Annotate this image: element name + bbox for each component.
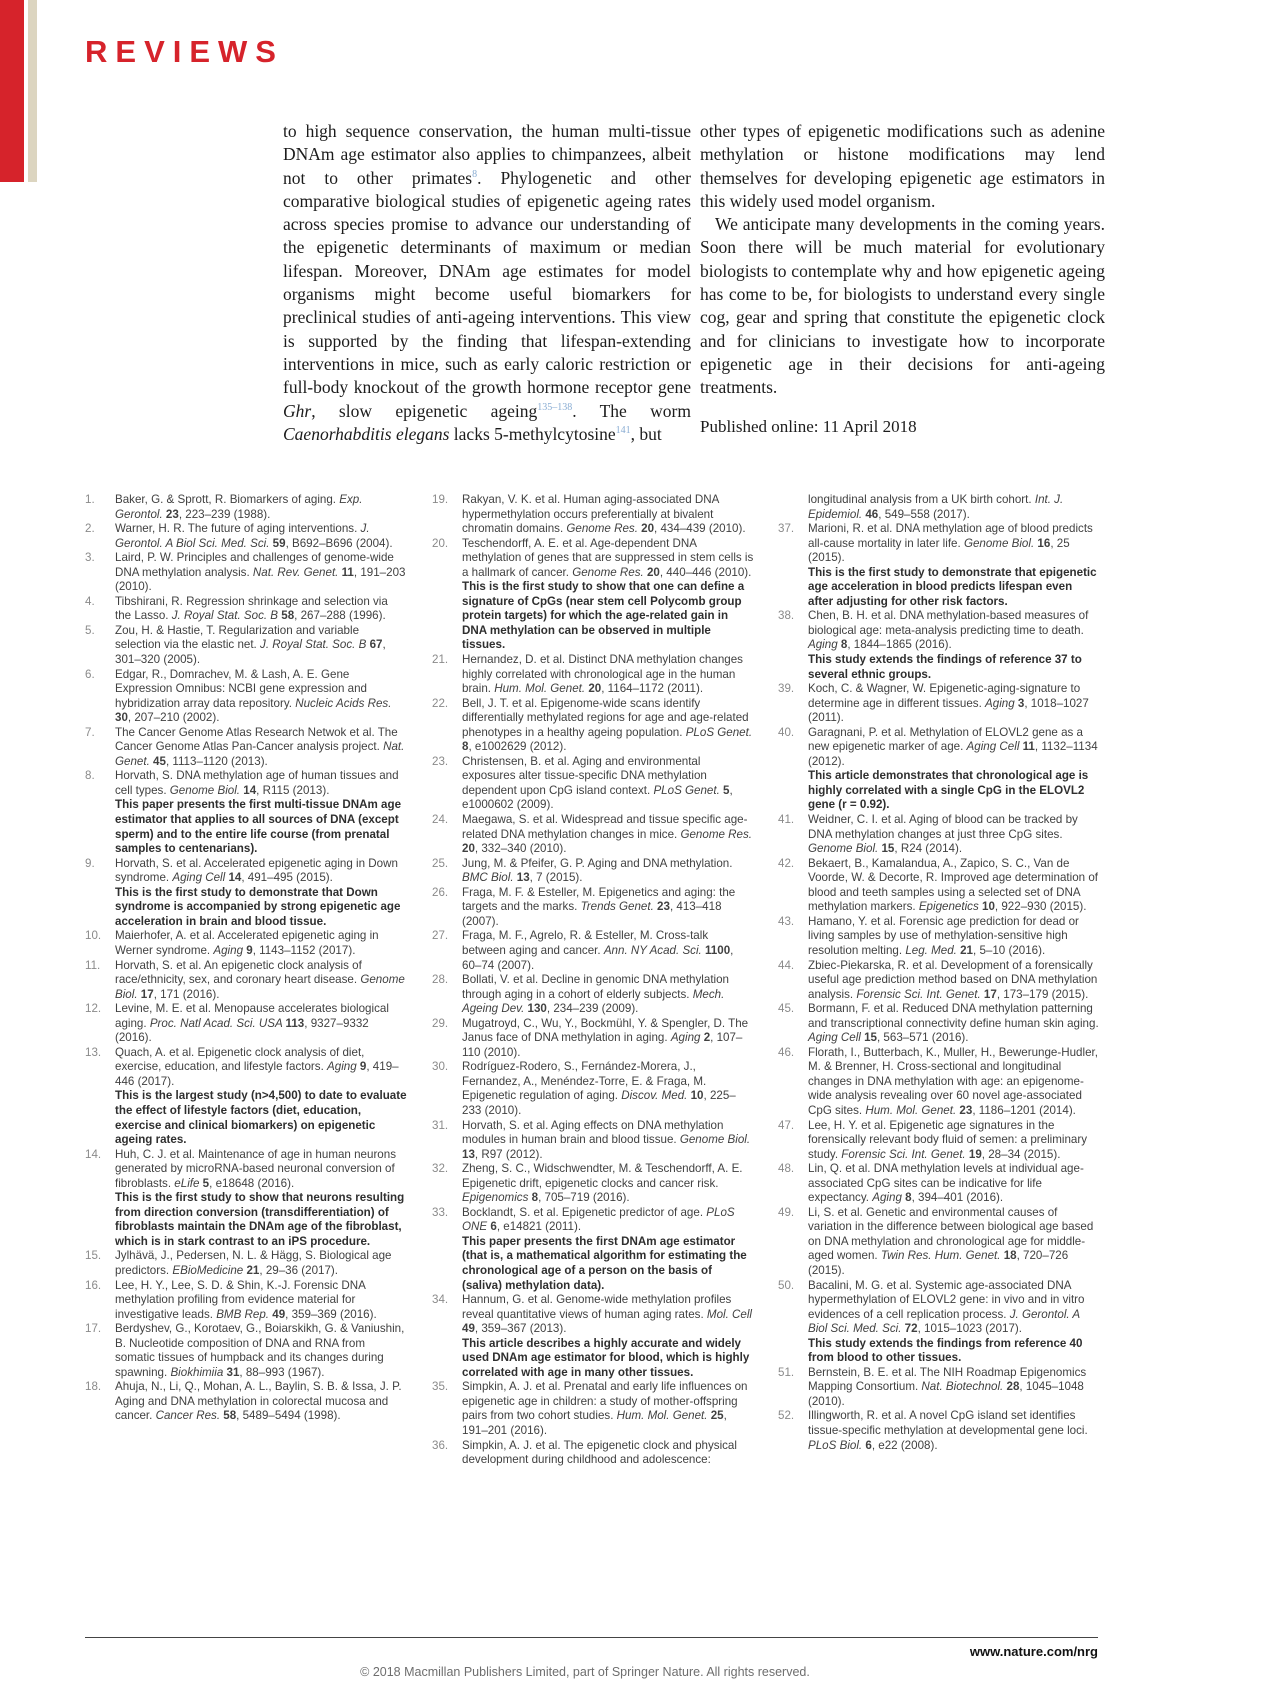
text-segment: , 1113–1120 (2013). (166, 755, 268, 768)
reference-citation: Chen, B. H. et al. DNA methylation-based… (808, 609, 1088, 651)
copyright-notice: © 2018 Macmillan Publishers Limited, par… (0, 1665, 1170, 1679)
text-segment: Aging (671, 1031, 704, 1044)
reference-citation: Lee, H. Y. et al. Epigenetic age signatu… (808, 1119, 1087, 1161)
text-segment: 14 (243, 784, 256, 797)
reference-item: 15.Jylhävä, J., Pedersen, N. L. & Hägg, … (85, 1249, 407, 1278)
text-segment: Hum. Mol. Genet. (494, 682, 588, 695)
reference-citation: Rodríguez-Rodero, S., Fernández-Morera, … (462, 1060, 736, 1117)
reference-number: 20. (432, 537, 448, 552)
reference-item: 18.Ahuja, N., Li, Q., Mohan, A. L., Bayl… (85, 1380, 407, 1424)
text-segment: Genome Biol. (964, 537, 1037, 550)
reference-item: 1.Baker, G. & Sprott, R. Biomarkers of a… (85, 493, 407, 522)
text-segment: , 88–993 (1967). (239, 1366, 324, 1379)
text-segment: Biokhimiia (170, 1366, 226, 1379)
reference-number: 43. (778, 915, 794, 930)
text-segment: Leg. Med. (905, 944, 960, 957)
reference-number: 32. (432, 1162, 448, 1177)
reference-citation: Bernstein, B. E. et al. The NIH Roadmap … (808, 1366, 1086, 1408)
text-segment: , 173–179 (2015). (997, 988, 1089, 1001)
text-segment: 13 (517, 871, 530, 884)
text-segment: Genome Biol. (808, 842, 881, 855)
text-segment: other types of epigenetic modifications … (700, 121, 1105, 211)
reference-citation: Bollati, V. et al. Decline in genomic DN… (462, 973, 729, 1015)
reference-annotation: This article describes a highly accurate… (462, 1337, 754, 1381)
text-segment: , B692–B696 (2004). (286, 537, 393, 550)
reference-item: 30.Rodríguez-Rodero, S., Fernández-Morer… (432, 1060, 754, 1118)
reference-number: 41. (778, 813, 794, 828)
text-segment: 20 (647, 566, 660, 579)
text-segment: , R24 (2014). (894, 842, 962, 855)
reference-number: 51. (778, 1366, 794, 1381)
reference-item: 48.Lin, Q. et al. DNA methylation levels… (778, 1162, 1100, 1206)
text-segment: 16 (1037, 537, 1050, 550)
text-segment: 17 (984, 988, 997, 1001)
reference-number: 40. (778, 726, 794, 741)
reference-item: 42.Bekaert, B., Kamalandua, A., Zapico, … (778, 857, 1100, 915)
reference-number: 6. (85, 668, 95, 683)
text-segment: Baker, G. & Sprott, R. Biomarkers of agi… (115, 493, 339, 506)
text-segment: 46 (865, 508, 878, 521)
reference-item: 20.Teschendorff, A. E. et al. Age-depend… (432, 537, 754, 653)
reference-item: 38.Chen, B. H. et al. DNA methylation-ba… (778, 609, 1100, 682)
text-segment: , 705–719 (2016). (538, 1191, 630, 1204)
text-segment: eLife (174, 1177, 202, 1190)
reference-number: 39. (778, 682, 794, 697)
text-segment: 11 (1023, 740, 1035, 753)
text-segment: 25 (711, 1409, 724, 1422)
text-segment: 20 (462, 842, 475, 855)
page-edge-red-bar (0, 0, 24, 182)
reference-number: 21. (432, 653, 448, 668)
reference-item: 50.Bacalini, M. G. et al. Systemic age-a… (778, 1279, 1100, 1366)
reference-item: 52.Illingworth, R. et al. A novel CpG is… (778, 1409, 1100, 1453)
reference-item: 6.Edgar, R., Domrachev, M. & Lash, A. E.… (85, 668, 407, 726)
text-segment: Genome Biol. (170, 784, 243, 797)
reference-citation: Li, S. et al. Genetic and environmental … (808, 1206, 1093, 1277)
reference-number: 3. (85, 551, 95, 566)
text-segment: , e14821 (2011). (497, 1220, 581, 1233)
text-segment: Simpkin, A. J. et al. The epigenetic clo… (462, 1439, 737, 1467)
reference-item: 36.Simpkin, A. J. et al. The epigenetic … (432, 1439, 754, 1468)
reference-number: 46. (778, 1046, 794, 1061)
text-segment: Horvath, S. et al. An epigenetic clock a… (115, 959, 362, 987)
text-segment: 58 (281, 609, 294, 622)
text-segment: Trends Genet. (581, 900, 657, 913)
text-segment: 130 (528, 1002, 547, 1015)
text-segment: Genome Res. (680, 828, 752, 841)
text-segment: , 171 (2016). (154, 988, 220, 1001)
reference-item: 17.Berdyshev, G., Korotaev, G., Boiarski… (85, 1322, 407, 1380)
text-segment: Aging (985, 697, 1018, 710)
text-segment: , 1186–1201 (2014). (972, 1104, 1076, 1117)
reference-number: 25. (432, 857, 448, 872)
reference-citation: Tibshirani, R. Regression shrinkage and … (115, 595, 388, 623)
reference-annotation: This study extends the findings from ref… (808, 1337, 1100, 1366)
text-segment: 21 (960, 944, 973, 957)
text-segment: Genome Res. (572, 566, 647, 579)
reference-citation: Jylhävä, J., Pedersen, N. L. & Hägg, S. … (115, 1249, 391, 1277)
reference-number: 28. (432, 973, 448, 988)
text-segment: Bormann, F. et al. Reduced DNA methylati… (808, 1002, 1099, 1030)
reference-number: 44. (778, 959, 794, 974)
text-segment: , slow epigenetic ageing (311, 401, 537, 421)
reference-annotation: This study extends the findings of refer… (808, 653, 1100, 682)
text-segment: lacks 5-methylcytosine (449, 424, 615, 444)
text-segment: Bollati, V. et al. Decline in genomic DN… (462, 973, 729, 1001)
text-segment: , 207–210 (2002). (128, 711, 220, 724)
reference-number: 50. (778, 1279, 794, 1294)
text-segment: 67 (370, 638, 383, 651)
text-segment: , 267–288 (1996). (294, 609, 386, 622)
reference-citation: Warner, H. R. The future of aging interv… (115, 522, 393, 550)
text-segment: , 29–36 (2017). (259, 1264, 338, 1277)
reference-item: 37.Marioni, R. et al. DNA methylation ag… (778, 522, 1100, 609)
text-segment: , 28–34 (2015). (982, 1148, 1061, 1161)
reference-item: 26.Fraga, M. F. & Esteller, M. Epigeneti… (432, 886, 754, 930)
reference-item: 4.Tibshirani, R. Regression shrinkage an… (85, 595, 407, 624)
text-segment: 30 (115, 711, 128, 724)
reference-citation: Laird, P. W. Principles and challenges o… (115, 551, 405, 593)
reference-item: 51.Bernstein, B. E. et al. The NIH Roadm… (778, 1366, 1100, 1410)
reference-citation: Ahuja, N., Li, Q., Mohan, A. L., Baylin,… (115, 1380, 402, 1422)
text-segment: , 1164–1172 (2011). (601, 682, 703, 695)
text-segment: Cancer Res. (156, 1409, 224, 1422)
reference-item: 28.Bollati, V. et al. Decline in genomic… (432, 973, 754, 1017)
text-segment: Illingworth, R. et al. A novel CpG islan… (808, 1409, 1088, 1437)
reference-number: 45. (778, 1002, 794, 1017)
reference-citation: Lee, H. Y., Lee, S. D. & Shin, K.-J. For… (115, 1279, 377, 1321)
text-segment: BMB Rep. (216, 1308, 272, 1321)
reference-annotation: This is the first study to demonstrate t… (808, 566, 1100, 610)
reference-number: 29. (432, 1017, 448, 1032)
text-segment: PLoS Genet. (686, 726, 752, 739)
reference-column-3: longitudinal analysis from a UK birth co… (778, 493, 1100, 1453)
reference-number: 47. (778, 1119, 794, 1134)
text-segment: 23 (166, 508, 179, 521)
text-segment: 72 (905, 1322, 918, 1335)
reference-item: 47.Lee, H. Y. et al. Epigenetic age sign… (778, 1119, 1100, 1163)
article-paragraph: to high sequence conservation, the human… (283, 120, 691, 446)
reference-number: 22. (432, 697, 448, 712)
reference-item: 33.Bocklandt, S. et al. Epigenetic predi… (432, 1206, 754, 1293)
text-segment: Epigenetics (919, 900, 982, 913)
text-segment: 23 (959, 1104, 972, 1117)
reference-item: 44.Zbiec-Piekarska, R. et al. Developmen… (778, 959, 1100, 1003)
reference-citation: Maegawa, S. et al. Widespread and tissue… (462, 813, 752, 855)
reference-number: 7. (85, 726, 95, 741)
reference-citation: Marioni, R. et al. DNA methylation age o… (808, 522, 1093, 564)
reference-number: 12. (85, 1002, 101, 1017)
text-segment: Warner, H. R. The future of aging interv… (115, 522, 361, 535)
reference-number: 38. (778, 609, 794, 624)
text-segment: 14 (228, 871, 241, 884)
text-segment: The Cancer Genome Atlas Research Netwok … (115, 726, 398, 754)
reference-number: 36. (432, 1439, 448, 1454)
text-segment: Hannum, G. et al. Genome-wide methylatio… (462, 1293, 731, 1321)
reference-number: 1. (85, 493, 95, 508)
reference-citation: Zou, H. & Hastie, T. Regularization and … (115, 624, 386, 666)
reference-number: 30. (432, 1060, 448, 1075)
text-segment: Proc. Natl Acad. Sci. USA (150, 1017, 286, 1030)
reference-citation: Edgar, R., Domrachev, M. & Lash, A. E. G… (115, 668, 391, 725)
text-segment: Nucleic Acids Res. (295, 697, 391, 710)
text-segment: J. Royal Stat. Soc. B (172, 609, 282, 622)
reference-item: 29.Mugatroyd, C., Wu, Y., Bockmühl, Y. &… (432, 1017, 754, 1061)
text-segment: 15 (881, 842, 894, 855)
reference-citation: Hernandez, D. et al. Distinct DNA methyl… (462, 653, 743, 695)
reference-number: 8. (85, 769, 95, 784)
text-segment: Zheng, S. C., Widschwendter, M. & Tesche… (462, 1162, 743, 1190)
reference-citation: Bell, J. T. et al. Epigenome-wide scans … (462, 697, 752, 754)
text-segment: , 359–369 (2016). (285, 1308, 377, 1321)
reference-citation: Jung, M. & Pfeifer, G. P. Aging and DNA … (462, 857, 732, 885)
text-segment: 31 (227, 1366, 240, 1379)
reference-citation: Fraga, M. F., Agrelo, R. & Esteller, M. … (462, 929, 733, 971)
text-segment: , 1015–1023 (2017). (918, 1322, 1022, 1335)
text-segment: , 332–340 (2010). (475, 842, 567, 855)
text-segment: 23 (657, 900, 670, 913)
reference-citation: Horvath, S. et al. An epigenetic clock a… (115, 959, 405, 1001)
reference-item: 43.Hamano, Y. et al. Forensic age predic… (778, 915, 1100, 959)
reference-item: 5.Zou, H. & Hastie, T. Regularization an… (85, 624, 407, 668)
reference-citation: Lin, Q. et al. DNA methylation levels at… (808, 1162, 1084, 1204)
text-segment: Hum. Mol. Genet. (865, 1104, 959, 1117)
reference-annotation: This is the first study to show that neu… (115, 1191, 407, 1249)
text-segment: Epigenomics (462, 1191, 532, 1204)
reference-number: 13. (85, 1046, 101, 1061)
text-segment: Aging (872, 1191, 905, 1204)
text-segment: , but (631, 424, 662, 444)
reference-number: 35. (432, 1380, 448, 1395)
reference-number: 5. (85, 624, 95, 639)
text-segment: 18 (1004, 1249, 1017, 1262)
text-segment: 45 (153, 755, 166, 768)
reference-annotation: This is the largest study (n>4,500) to d… (115, 1089, 407, 1147)
text-segment: Hum. Mol. Genet. (617, 1409, 711, 1422)
text-segment: Discov. Med. (621, 1089, 690, 1102)
reference-number: 17. (85, 1322, 101, 1337)
reference-item: 3.Laird, P. W. Principles and challenges… (85, 551, 407, 595)
text-segment: Aging (327, 1060, 360, 1073)
reference-citation: Horvath, S. DNA methylation age of human… (115, 769, 399, 797)
reference-item: 46.Florath, I., Butterbach, K., Muller, … (778, 1046, 1100, 1119)
text-segment: Aging Cell (172, 871, 228, 884)
page-edge-beige-bar (28, 0, 37, 182)
text-segment: 1100 (705, 944, 730, 957)
text-segment: 59 (273, 537, 286, 550)
reference-annotation: This article demonstrates that chronolog… (808, 769, 1100, 813)
text-segment: Forensic Sci. Int. Genet. (856, 988, 984, 1001)
reference-citation: Fraga, M. F. & Esteller, M. Epigenetics … (462, 886, 735, 928)
reference-citation: Maierhofer, A. et al. Accelerated epigen… (115, 929, 379, 957)
reference-citation: The Cancer Genome Atlas Research Netwok … (115, 726, 404, 768)
reference-citation: Levine, M. E. et al. Menopause accelerat… (115, 1002, 389, 1044)
citation-superscript[interactable]: 135–138 (537, 402, 572, 413)
reference-citation: Hamano, Y. et al. Forensic age predictio… (808, 915, 1079, 957)
reference-column-2: 19.Rakyan, V. K. et al. Human aging-asso… (432, 493, 754, 1468)
text-segment: , e22 (2008). (872, 1439, 938, 1452)
text-segment: 113 (286, 1017, 305, 1030)
text-segment: , 434–439 (2010). (654, 522, 746, 535)
reference-item: 8.Horvath, S. DNA methylation age of hum… (85, 769, 407, 856)
reference-number: 2. (85, 522, 95, 537)
reference-number: 11. (85, 959, 100, 974)
text-segment: , 5–10 (2016). (973, 944, 1045, 957)
text-segment: 49 (272, 1308, 285, 1321)
text-segment: Caenorhabditis elegans (283, 424, 449, 444)
text-segment: 20 (588, 682, 601, 695)
text-segment: Ghr (283, 401, 311, 421)
text-segment: Jung, M. & Pfeifer, G. P. Aging and DNA … (462, 857, 732, 870)
reference-citation: Hannum, G. et al. Genome-wide methylatio… (462, 1293, 752, 1335)
reference-citation: Baker, G. & Sprott, R. Biomarkers of agi… (115, 493, 362, 521)
reference-citation: Bekaert, B., Kamalandua, A., Zapico, S. … (808, 857, 1098, 914)
text-segment: 17 (141, 988, 154, 1001)
reference-number: 42. (778, 857, 794, 872)
article-paragraph: other types of epigenetic modifications … (700, 120, 1105, 213)
text-segment: Chen, B. H. et al. DNA methylation-based… (808, 609, 1088, 637)
text-segment: Nat. Biotechnol. (921, 1380, 1006, 1393)
reference-citation: Christensen, B. et al. Aging and environ… (462, 755, 733, 812)
reference-item: 25.Jung, M. & Pfeifer, G. P. Aging and D… (432, 857, 754, 886)
reference-citation: Zheng, S. C., Widschwendter, M. & Tesche… (462, 1162, 743, 1204)
reference-item: 21.Hernandez, D. et al. Distinct DNA met… (432, 653, 754, 697)
reference-citation: longitudinal analysis from a UK birth co… (808, 493, 1063, 521)
article-text-left-column: to high sequence conservation, the human… (283, 120, 691, 446)
text-segment: 10 (982, 900, 995, 913)
reference-citation: Koch, C. & Wagner, W. Epigenetic-aging-s… (808, 682, 1089, 724)
reference-item: 13.Quach, A. et al. Epigenetic clock ana… (85, 1046, 407, 1148)
reference-item: 22.Bell, J. T. et al. Epigenome-wide sca… (432, 697, 754, 755)
text-segment: 49 (462, 1322, 475, 1335)
text-segment: 28 (1007, 1380, 1020, 1393)
text-segment: , e18648 (2016). (209, 1177, 294, 1190)
reference-number: 15. (85, 1249, 101, 1264)
text-segment: Aging (808, 638, 841, 651)
reference-citation: Simpkin, A. J. et al. Prenatal and early… (462, 1380, 748, 1437)
text-segment: Aging Cell (808, 1031, 864, 1044)
text-segment: Bocklandt, S. et al. Epigenetic predicto… (462, 1206, 706, 1219)
text-segment: 13 (462, 1148, 475, 1161)
reference-item: 27.Fraga, M. F., Agrelo, R. & Esteller, … (432, 929, 754, 973)
text-segment: , 359–367 (2013). (475, 1322, 567, 1335)
text-segment: 21 (246, 1264, 259, 1277)
text-segment: Mol. Cell (707, 1308, 752, 1321)
text-segment: longitudinal analysis from a UK birth co… (808, 493, 1035, 506)
text-segment: PLoS Biol. (808, 1439, 865, 1452)
text-segment: , 394–401 (2016). (912, 1191, 1004, 1204)
journal-url[interactable]: www.nature.com/nrg (85, 1644, 1098, 1659)
text-segment: , 1143–1152 (2017). (253, 944, 356, 957)
reference-citation: Berdyshev, G., Korotaev, G., Boiarskikh,… (115, 1322, 404, 1379)
reference-item: 39.Koch, C. & Wagner, W. Epigenetic-agin… (778, 682, 1100, 726)
reference-number: 24. (432, 813, 448, 828)
reference-item: 12.Levine, M. E. et al. Menopause accele… (85, 1002, 407, 1046)
text-segment: Aging (213, 944, 246, 957)
text-segment: , 563–571 (2016). (877, 1031, 969, 1044)
reference-number: 26. (432, 886, 448, 901)
published-online-date: Published online: 11 April 2018 (700, 415, 1105, 438)
reference-citation: Horvath, S. et al. Aging effects on DNA … (462, 1119, 750, 1161)
reference-item: 2.Warner, H. R. The future of aging inte… (85, 522, 407, 551)
text-segment: , R115 (2013). (256, 784, 329, 797)
reference-item: 11.Horvath, S. et al. An epigenetic cloc… (85, 959, 407, 1003)
text-segment: Twin Res. Hum. Genet. (881, 1249, 1004, 1262)
reference-number: 37. (778, 522, 794, 537)
text-segment: , 440–446 (2010). (660, 566, 752, 579)
text-segment: , 7 (2015). (530, 871, 583, 884)
reference-number: 49. (778, 1206, 794, 1221)
reference-number: 33. (432, 1206, 448, 1221)
text-segment: 11 (342, 566, 354, 579)
page-title: REVIEWS (85, 34, 284, 70)
footer-divider (85, 1637, 1098, 1638)
reference-number: 19. (432, 493, 448, 508)
text-segment: . The worm (572, 401, 691, 421)
reference-column-1: 1.Baker, G. & Sprott, R. Biomarkers of a… (85, 493, 407, 1424)
reference-number: 16. (85, 1279, 101, 1294)
reference-citation: Mugatroyd, C., Wu, Y., Bockmühl, Y. & Sp… (462, 1017, 748, 1059)
reference-number: 18. (85, 1380, 101, 1395)
reference-item: 14.Huh, C. J. et al. Maintenance of age … (85, 1148, 407, 1250)
reference-item: 7.The Cancer Genome Atlas Research Netwo… (85, 726, 407, 770)
text-segment: , 5489–5494 (1998). (236, 1409, 340, 1422)
reference-citation: Horvath, S. et al. Accelerated epigeneti… (115, 857, 398, 885)
citation-superscript[interactable]: 141 (616, 425, 631, 436)
article-paragraph: We anticipate many developments in the c… (700, 213, 1105, 399)
reference-item: 49.Li, S. et al. Genetic and environment… (778, 1206, 1100, 1279)
text-segment: , 922–930 (2015). (995, 900, 1087, 913)
text-segment: Genome Biol. (680, 1133, 750, 1146)
reference-number: 48. (778, 1162, 794, 1177)
text-segment: 19 (969, 1148, 982, 1161)
reference-citation: Rakyan, V. K. et al. Human aging-associa… (462, 493, 746, 535)
reference-citation: Zbiec-Piekarska, R. et al. Development o… (808, 959, 1097, 1001)
reference-item: 41.Weidner, C. I. et al. Aging of blood … (778, 813, 1100, 857)
reference-annotation: This is the first study to show that one… (462, 580, 754, 653)
text-segment: Nat. Rev. Genet. (253, 566, 342, 579)
reference-citation: Garagnani, P. et al. Methylation of ELOV… (808, 726, 1098, 768)
reference-citation: Illingworth, R. et al. A novel CpG islan… (808, 1409, 1088, 1451)
reference-item: 16.Lee, H. Y., Lee, S. D. & Shin, K.-J. … (85, 1279, 407, 1323)
reference-citation: Huh, C. J. et al. Maintenance of age in … (115, 1148, 396, 1190)
text-segment: , R97 (2012). (475, 1148, 543, 1161)
reference-citation: Bormann, F. et al. Reduced DNA methylati… (808, 1002, 1099, 1044)
text-segment: , e1002629 (2012). (468, 740, 566, 753)
text-segment: , 223–239 (1988). (179, 508, 271, 521)
reference-number: 14. (85, 1148, 101, 1163)
reference-number: 34. (432, 1293, 448, 1308)
reference-item: 40.Garagnani, P. et al. Methylation of E… (778, 726, 1100, 813)
text-segment: Genome Res. (566, 522, 641, 535)
text-segment: Aging Cell (967, 740, 1023, 753)
text-segment: PLoS Genet. (653, 784, 723, 797)
reference-number: 4. (85, 595, 95, 610)
text-segment: , 234–239 (2009). (547, 1002, 639, 1015)
text-segment: 20 (641, 522, 654, 535)
reference-item: 35.Simpkin, A. J. et al. Prenatal and ea… (432, 1380, 754, 1438)
reference-annotation: This paper presents the first multi-tiss… (115, 798, 407, 856)
reference-number: 31. (432, 1119, 448, 1134)
text-segment: , 1844–1865 (2016). (847, 638, 951, 651)
text-segment: J. Royal Stat. Soc. B (260, 638, 370, 651)
text-segment: . Phylogenetic and other comparative bio… (283, 168, 691, 398)
article-text-right-column: other types of epigenetic modifications … (700, 120, 1105, 438)
text-segment: Weidner, C. I. et al. Aging of blood can… (808, 813, 1078, 841)
reference-citation: Weidner, C. I. et al. Aging of blood can… (808, 813, 1078, 855)
text-segment: , 549–558 (2017). (878, 508, 970, 521)
reference-item: longitudinal analysis from a UK birth co… (778, 493, 1100, 522)
